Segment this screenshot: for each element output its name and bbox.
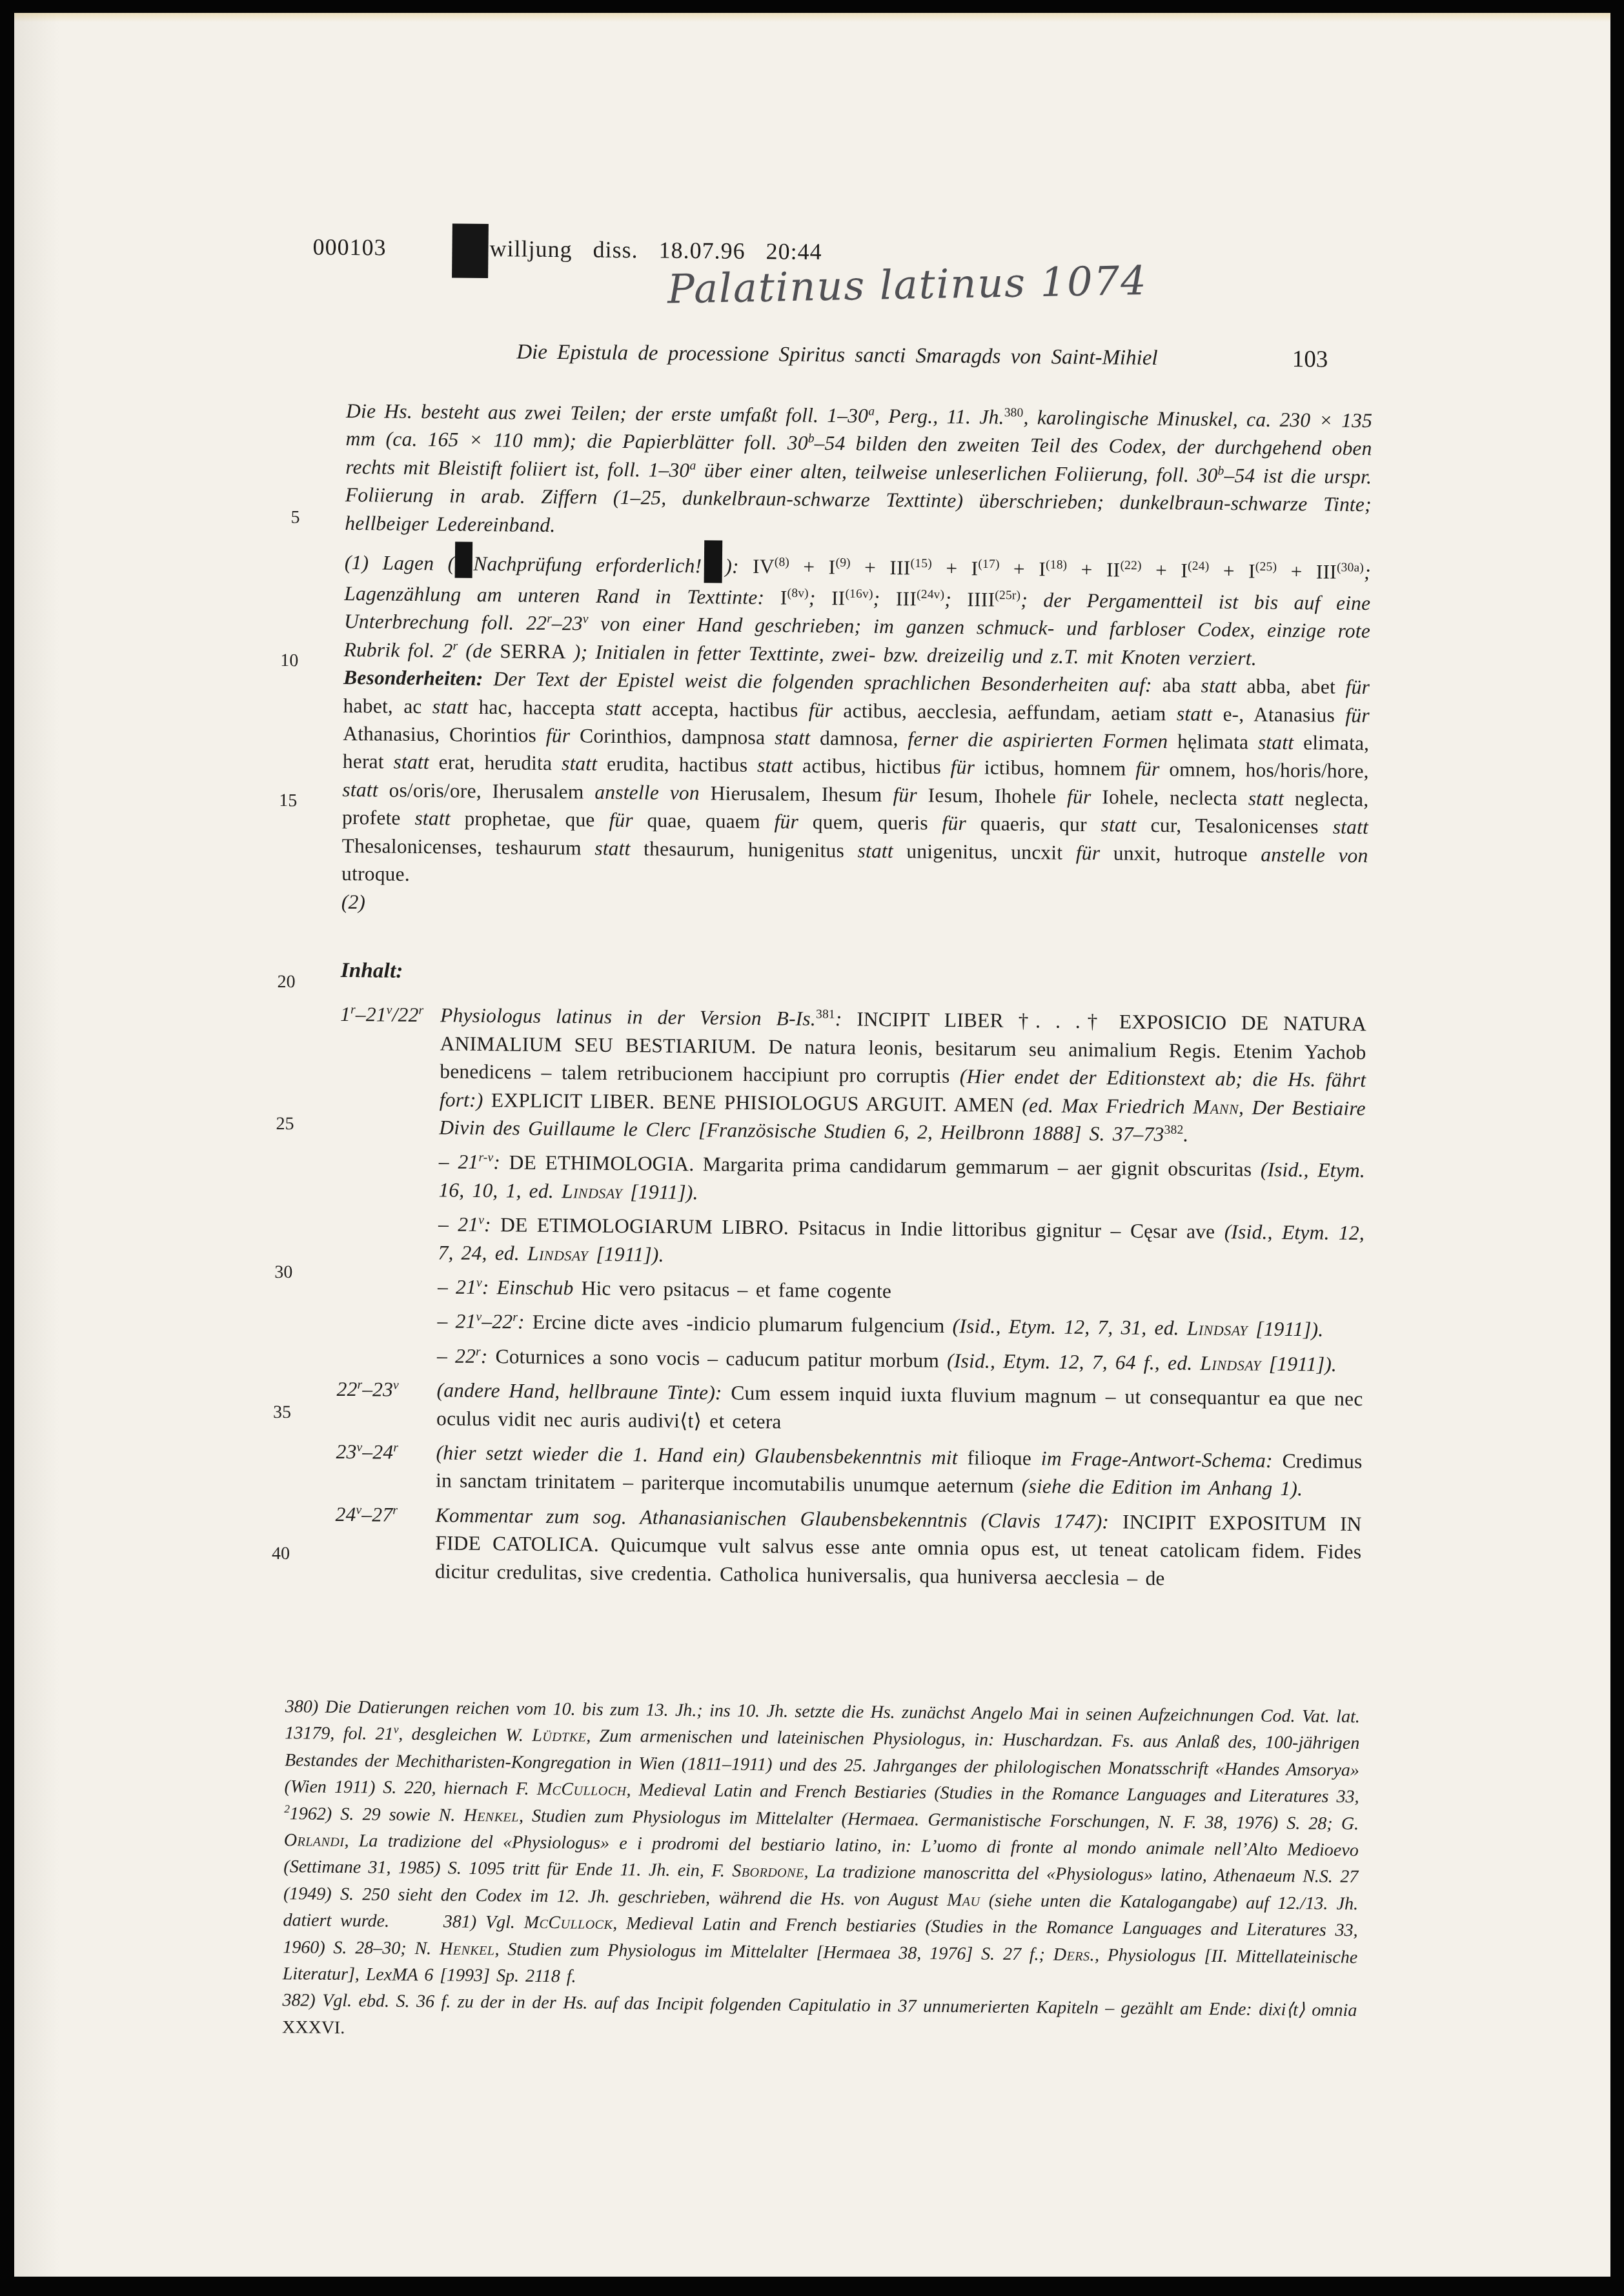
- line-number: 30: [260, 1262, 292, 1283]
- redaction-box-icon: [704, 540, 723, 583]
- redaction-box-icon: [454, 542, 472, 578]
- inhalt-subentry: – 21v–22r: Ercine dicte aves -indicio pl…: [337, 1306, 1363, 1344]
- inhalt-subentry: – 21v: DE ETIMOLOGIARUM LIBRO. Psitacus …: [338, 1209, 1365, 1275]
- paragraph-codicology: Die Hs. besteht aus zwei Teilen; der ers…: [345, 397, 1372, 547]
- header-text: willjung diss. 18.07.96 20:44: [489, 236, 822, 265]
- page-title: Die Epistula de processione Spiritus san…: [334, 339, 1341, 372]
- inhalt-subentry: – 21r-v: DE ETHIMOLOGIA. Margarita prima…: [338, 1147, 1365, 1213]
- document-number: 000103: [312, 233, 377, 261]
- scanned-page: 000103willjung diss. 18.07.96 20:44 Pala…: [14, 13, 1610, 2277]
- entry-text: – 21v: Einschub Hic vero psitacus – et f…: [438, 1275, 891, 1302]
- page-content: 000103willjung diss. 18.07.96 20:44 Pala…: [14, 13, 1610, 2277]
- folio-range-label: 24v–27r: [335, 1500, 432, 1529]
- folio-range-label: 23v–24r: [336, 1438, 432, 1467]
- entry-text: Kommentar zum sog. Athanasianischen Glau…: [435, 1504, 1362, 1589]
- line-number: 5: [267, 507, 299, 528]
- paragraph-besonderheiten: Besonderheiten: Der Text der Epistel wei…: [341, 663, 1370, 897]
- entry-text: – 21v: DE ETIMOLOGIARUM LIBRO. Psitacus …: [438, 1213, 1365, 1266]
- entry-text: Physiologus latinus in der Version B-Is.…: [439, 1004, 1366, 1146]
- footnote-382: 382) Vgl. ebd. S. 36 f. zu der in der Hs…: [282, 1988, 1357, 2051]
- inhalt-subentry: – 21v: Einschub Hic vero psitacus – et f…: [338, 1272, 1364, 1310]
- entry-text: – 22r: Coturnices a sono vocis – caducum…: [437, 1344, 1337, 1375]
- footnotes-block: 380) Die Datierungen reichen vom 10. bis…: [282, 1693, 1360, 2051]
- scan-background: { "colors":{"paper":"#f4f1ea","ink":"#1f…: [0, 0, 1624, 2296]
- footnote-381: 381) Vgl. McCullock, Medieval Latin and …: [283, 1912, 1358, 1987]
- inhalt-entry: 1r–21v/22rPhysiologus latinus in der Ver…: [339, 1000, 1366, 1150]
- entry-text: (hier setzt wieder die 1. Hand ein) Glau…: [436, 1441, 1363, 1500]
- inhalt-entry: 22r–23v(andere Hand, hellbraune Tinte): …: [336, 1375, 1363, 1441]
- entry-text: – 21r-v: DE ETHIMOLOGIA. Margarita prima…: [438, 1151, 1365, 1203]
- margin-line-numbers: 510152025303540: [14, 13, 1610, 28]
- paragraph-lagen: (1) Lagen (Nachprüfung erforderlich!): I…: [343, 537, 1371, 673]
- line-number: 25: [261, 1114, 294, 1134]
- folio-range-label: 1r–21v/22r: [340, 1000, 437, 1029]
- line-number: 35: [259, 1402, 291, 1423]
- redaction-box-icon: [452, 224, 489, 279]
- entry-text: (andere Hand, hellbraune Tinte): Cum ess…: [436, 1379, 1363, 1433]
- line-number: 10: [266, 650, 298, 671]
- footnote-380: 380) Die Datierungen reichen vom 10. bis…: [283, 1697, 1359, 1931]
- entry-text: – 21v–22r: Ercine dicte aves -indicio pl…: [437, 1310, 1323, 1341]
- line-number: 15: [265, 791, 297, 811]
- body-text: Die Hs. besteht aus zwei Teilen; der ers…: [335, 397, 1373, 1600]
- folio-range-label: 22r–23v: [336, 1375, 433, 1404]
- inhalt-subentry: – 22r: Coturnices a sono vocis – caducum…: [337, 1341, 1363, 1379]
- handwritten-annotation: Palatinus latinus 1074: [667, 257, 1119, 313]
- inhalt-heading: Inhalt:: [341, 957, 1367, 995]
- page-number: 103: [1292, 345, 1328, 374]
- inhalt-entries: 1r–21v/22rPhysiologus latinus in der Ver…: [335, 1000, 1367, 1594]
- line-number: 20: [263, 972, 295, 992]
- inhalt-entry: 24v–27rKommentar zum sog. Athanasianisch…: [335, 1500, 1362, 1594]
- line-number: 40: [258, 1544, 290, 1564]
- inhalt-entry: 23v–24r(hier setzt wieder die 1. Hand ei…: [336, 1438, 1363, 1504]
